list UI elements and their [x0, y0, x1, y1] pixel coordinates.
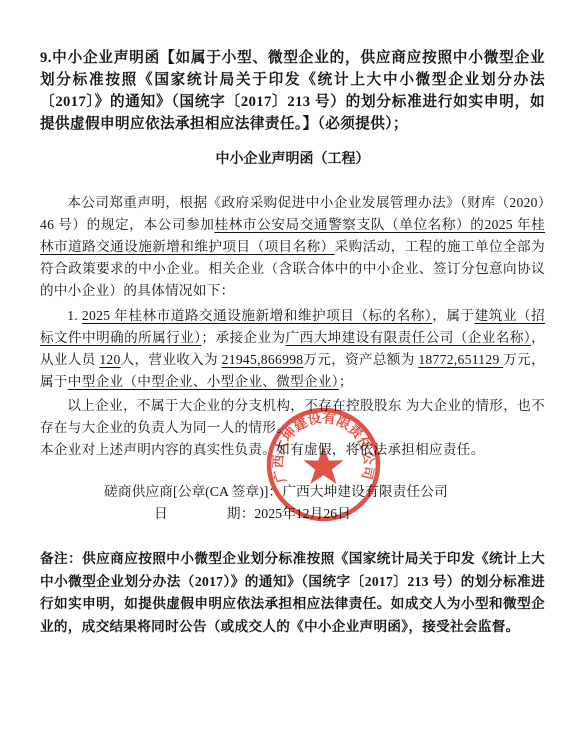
signature-company: 广西大坤建设有限责任公司 [282, 484, 448, 499]
text-segment: 2025 年桂林市道路交通设施新增和维护项目（标的名称） [82, 308, 432, 323]
requirement-clause: 9.中小企业声明函【如属于小型、微型企业的，供应商应按照中小微型企业划分标准按照… [40, 47, 545, 135]
text-segment: 18772,651129 [418, 352, 503, 367]
text-segment: 中型企业（中型企业、小型企业、微型企业） [68, 374, 339, 389]
signature-label: 磋商供应商[公章(CA 签章)]： [104, 484, 282, 499]
enterprise-item-paragraph: 1. 2025 年桂林市道路交通设施新增和维护项目（标的名称），属于建筑业（招标… [40, 305, 545, 393]
date-label-right: 期： [227, 506, 255, 521]
text-segment: 广西大坤建设有限责任公司（企业名称） [286, 330, 532, 345]
document-page: 9.中小企业声明函【如属于小型、微型企业的，供应商应按照中小微型企业划分标准按照… [40, 47, 545, 638]
text-segment: 万元，资产总额为 [303, 352, 418, 367]
statement-truthfulness: 本企业对上述声明内容的真实性负责。如有虚假，将依法承担相应责任。 [40, 439, 545, 461]
intro-paragraph: 本公司郑重声明，根据《政府采购促进中小企业发展管理办法》（财库（2020）46 … [40, 192, 545, 302]
date-label-left: 日 [154, 506, 168, 521]
date-value: 2025年12月26日 [254, 506, 351, 521]
date-line: 日期：2025年12月26日 [154, 503, 545, 525]
note-paragraph: 备注：供应商应按照中小微型企业划分标准按照《国家统计局关于印发《统计上大中小微型… [40, 548, 545, 638]
text-segment: 人，营业收入为 [121, 352, 222, 367]
text-segment: 1. [67, 308, 82, 323]
text-segment: ；承接企业为 [201, 330, 285, 345]
document-title: 中小企业声明函（工程） [40, 149, 545, 171]
signature-line: 磋商供应商[公章(CA 签章)]：广西大坤建设有限责任公司 [104, 481, 545, 503]
text-segment: 120 [99, 352, 120, 367]
text-segment: 桂林市公安局交通警察支队（单位名称）的 [215, 217, 485, 232]
text-segment: ； [339, 374, 353, 389]
text-segment: 21945,866998 [222, 352, 304, 367]
text-segment: ，属于 [432, 308, 474, 323]
statement-no-branch: 以上企业，不属于大企业的分支机构，不存在控股股东 为大企业的情形，也不存在与大企… [40, 395, 545, 439]
